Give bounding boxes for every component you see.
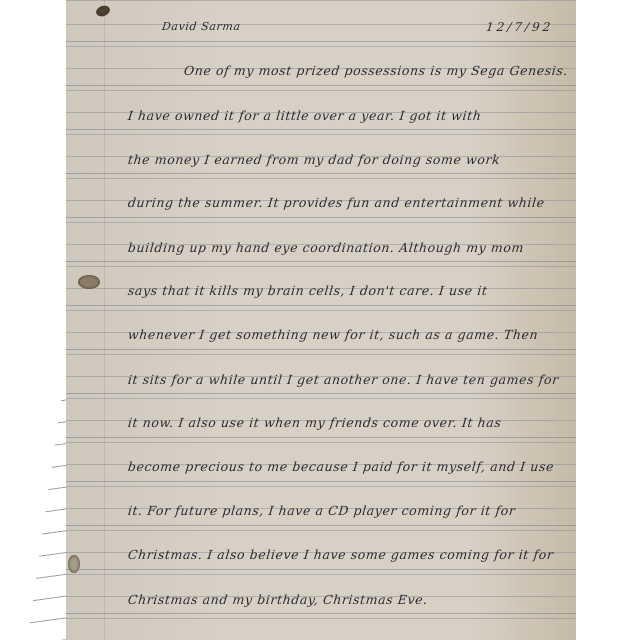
margin-line [104, 0, 105, 640]
essay-line: it now. I also use it when my friends co… [127, 415, 569, 430]
essay-date: 12/7/92 [485, 20, 554, 34]
essay-line: Christmas and my birthday, Christmas Eve… [127, 592, 569, 607]
notebook-page: David Sarma 12/7/92 One of my most prize… [66, 0, 576, 640]
binder-hole [68, 555, 80, 573]
essay-line: during the summer. It provides fun and e… [127, 195, 569, 210]
essay-line: it sits for a while until I get another … [127, 372, 569, 387]
essay-line: the money I earned from my dad for doing… [127, 152, 569, 167]
author-name: David Sarma [161, 20, 241, 33]
essay-line: whenever I get something new for it, suc… [127, 327, 569, 342]
essay-line: it. For future plans, I have a CD player… [127, 503, 569, 518]
essay-line: Christmas. I also believe I have some ga… [127, 547, 569, 562]
torn-hole [95, 4, 112, 18]
essay-line: says that it kills my brain cells, I don… [127, 283, 569, 298]
binder-hole [78, 275, 100, 289]
essay-line: One of my most prized possessions is my … [183, 63, 569, 78]
essay-line: building up my hand eye coordination. Al… [127, 240, 569, 255]
essay-line: become precious to me because I paid for… [127, 459, 569, 474]
essay-line: I have owned it for a little over a year… [127, 108, 569, 123]
